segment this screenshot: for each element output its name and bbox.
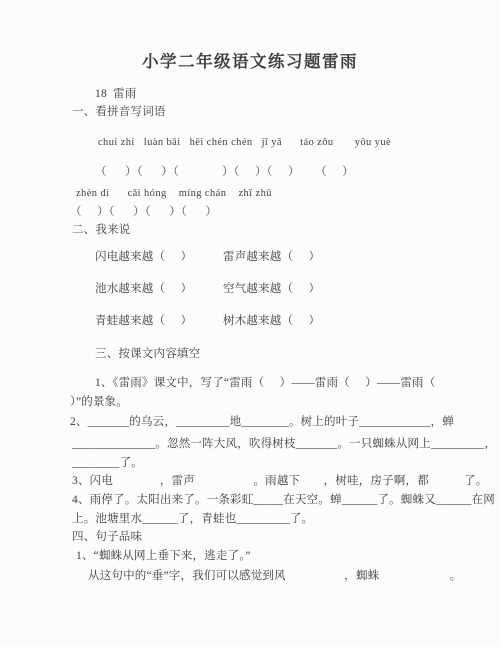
q1-prompt-line: 从这句中的“垂”字，我们可以感觉到风 ，蜘蛛 。 <box>88 570 461 584</box>
q4-line-2: 上。池塘里水______了，青蛙也_________了。 <box>72 513 313 527</box>
q3-line: 3、闪电 ，雷声 。雨越下 ，树哇，房子啊，都 了。 <box>72 475 487 489</box>
pinyin-line-2: zhèn dì cǎi hóng míng chán zhī zhū <box>76 188 272 201</box>
fill-item-lightning: 闪电越来越（ ） <box>95 251 223 265</box>
fill-item-trees: 树木越来越（ ） <box>223 315 320 329</box>
fill-item-pondwater: 池水越来越（ ） <box>95 283 223 297</box>
lesson-heading: 18 雷雨 <box>95 88 136 102</box>
q2-line-1: 2、_______的乌云，_________地________。树上的叶子___… <box>70 416 454 430</box>
fill-row-2: 池水越来越（ ） 空气越来越（ ） <box>95 283 320 297</box>
pinyin-line-1: chuí zhí luàn bǎi hēi chén chén jī yā tá… <box>98 137 391 150</box>
q1-quote-sentence: 1、“蜘蛛从网上垂下来，逃走了。” <box>76 550 251 564</box>
fill-item-thunder: 雷声越来越（ ） <box>223 251 320 265</box>
q4-line-1: 4、雨停了。太阳出来了。一条彩虹_____在天空。蝉______了。蜘蛛又___… <box>72 494 495 508</box>
q1-line-1: 1、《雷雨》课文中，写了“雷雨（ ）——雷雨（ ）——雷雨（ <box>95 377 435 391</box>
section3-heading: 三、按课文内容填空 <box>95 348 200 362</box>
q2-line-2: ______________。忽然一阵大风，吹得树枝_______。一只蜘蛛从网… <box>72 438 496 452</box>
answer-blanks-2: （ ）（ ）（ ）（ ） <box>70 206 217 220</box>
fill-item-frog: 青蛙越来越（ ） <box>95 315 223 329</box>
fill-row-1: 闪电越来越（ ） 雷声越来越（ ） <box>95 251 320 265</box>
section1-heading: 一、看拼音写词语 <box>72 106 166 120</box>
section4-heading: 四、句子品味 <box>72 531 142 545</box>
document-title: 小学二年级语文练习题雷雨 <box>0 52 500 72</box>
fill-row-3: 青蛙越来越（ ） 树木越来越（ ） <box>95 315 320 329</box>
q1-line-2: ）”的景象。 <box>70 396 128 410</box>
fill-item-air: 空气越来越（ ） <box>223 283 320 297</box>
worksheet-page: 小学二年级语文练习题雷雨 18 雷雨 一、看拼音写词语 chuí zhí luà… <box>0 0 500 647</box>
answer-blanks-1: （ ）（ ）（ ）（ ）（ ） （ ） <box>95 166 354 180</box>
section2-heading: 二、我来说 <box>72 224 131 238</box>
q2-line-3: ________了。 <box>72 457 143 471</box>
